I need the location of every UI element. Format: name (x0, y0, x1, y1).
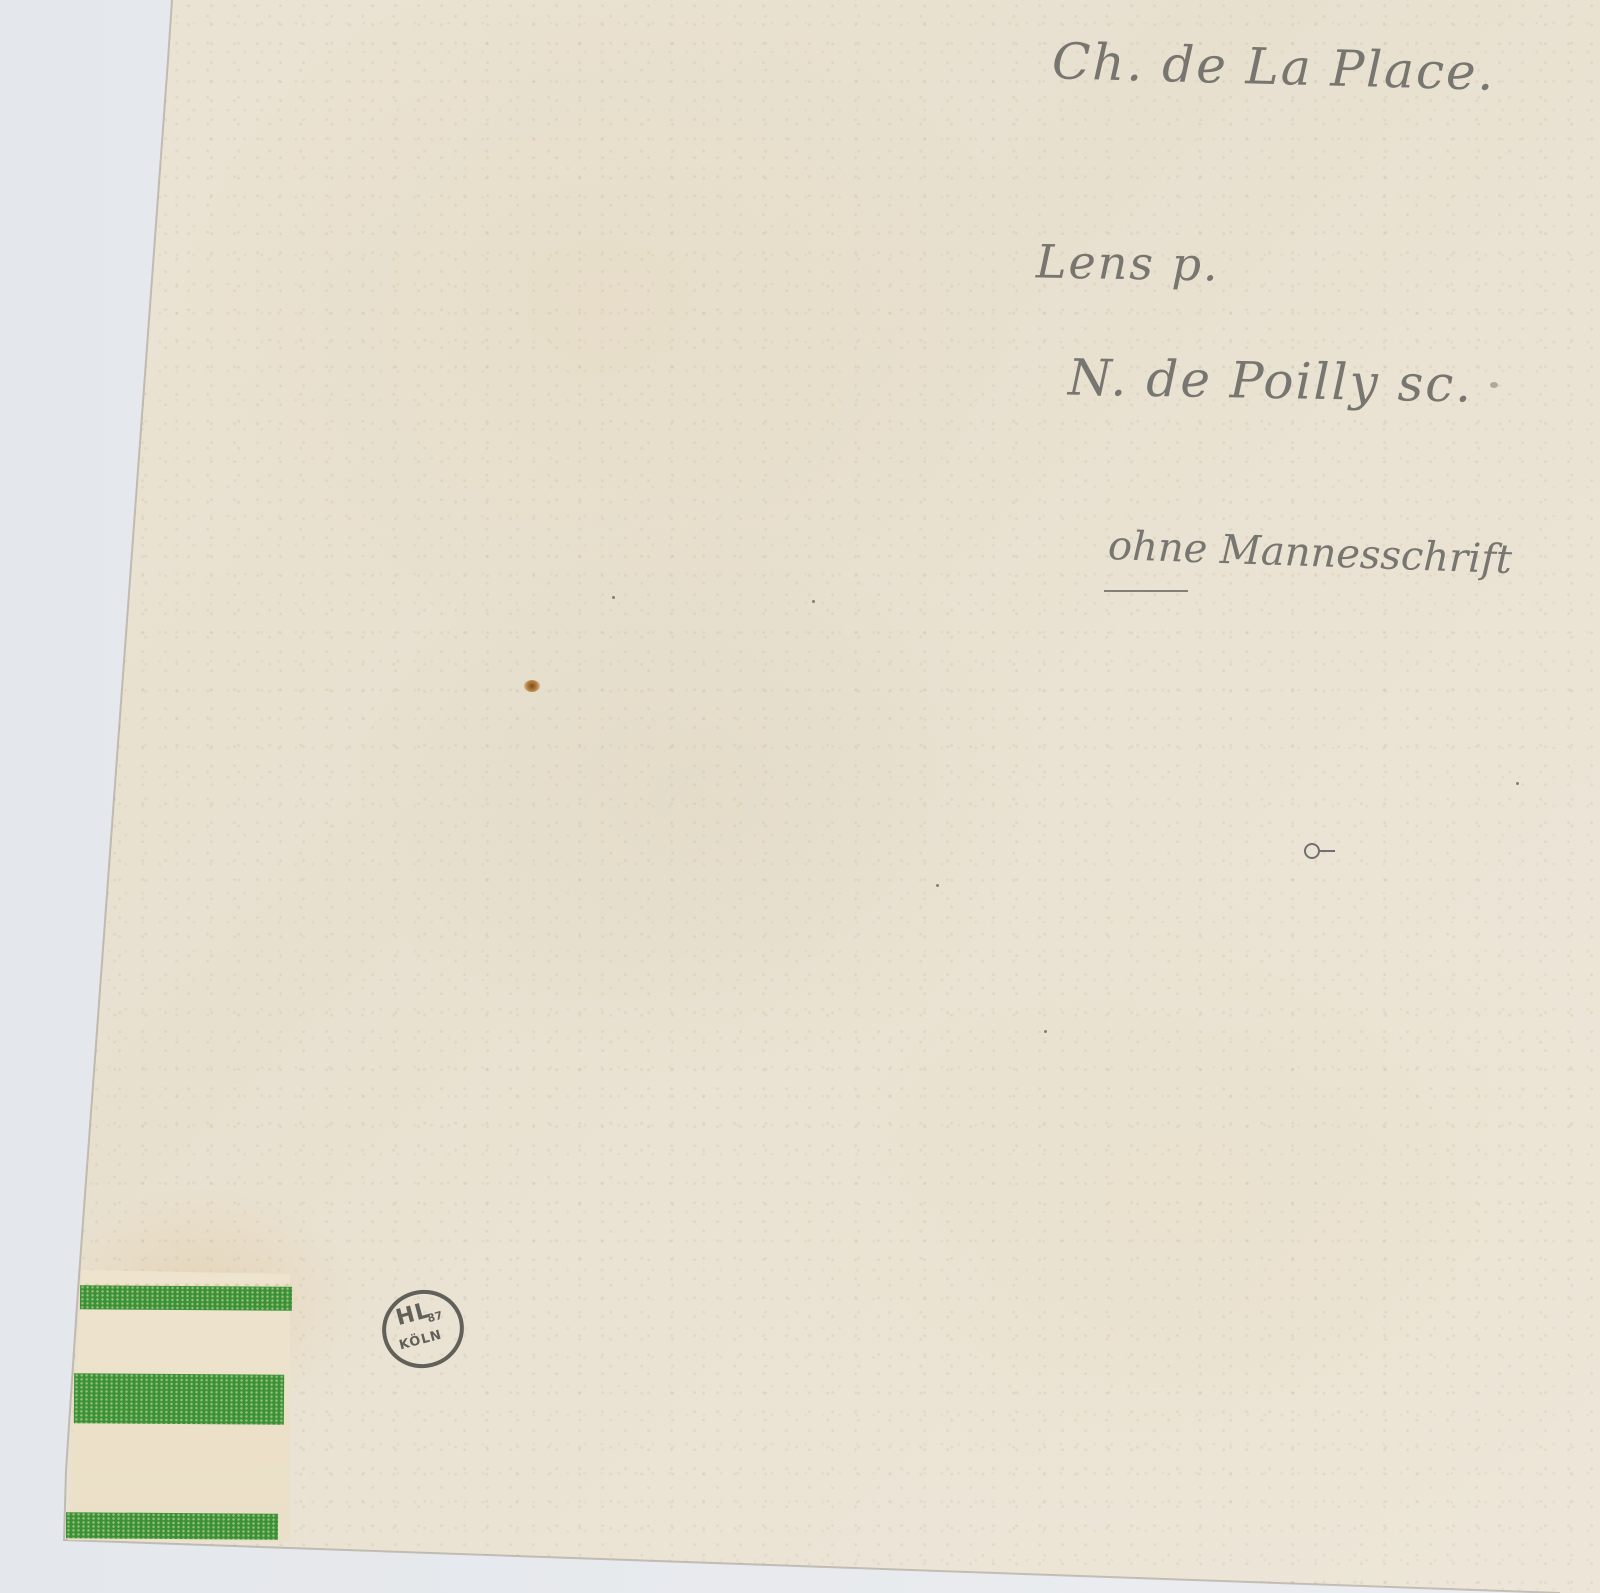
pencil-circle-mark (1304, 843, 1320, 859)
postmark-city: KÖLN (398, 1328, 444, 1354)
green-stripe-top (80, 1285, 292, 1310)
foxing-stain (524, 680, 540, 692)
green-stripe-middle (74, 1373, 284, 1424)
paper-speck (1516, 782, 1519, 785)
pencil-mark-tail (1319, 850, 1335, 852)
paper-speck (812, 600, 815, 603)
green-stripe-bottom (66, 1512, 278, 1539)
inscription-sitter: Ch. de La Place. (1051, 32, 1496, 102)
photo-scene: Ch. de La Place. Lens p. N. de Poilly sc… (0, 0, 1600, 1593)
paper-speck (1044, 1030, 1047, 1033)
paper-speck (612, 596, 615, 599)
paper-speck (1490, 382, 1498, 388)
inscription-underline (1104, 590, 1188, 592)
postmark-number: 87 (426, 1309, 444, 1326)
inscription-engraver: N. de Poilly sc. (1068, 348, 1474, 413)
inscription-painter: Lens p. (1036, 234, 1221, 291)
paper-speck (936, 884, 939, 887)
